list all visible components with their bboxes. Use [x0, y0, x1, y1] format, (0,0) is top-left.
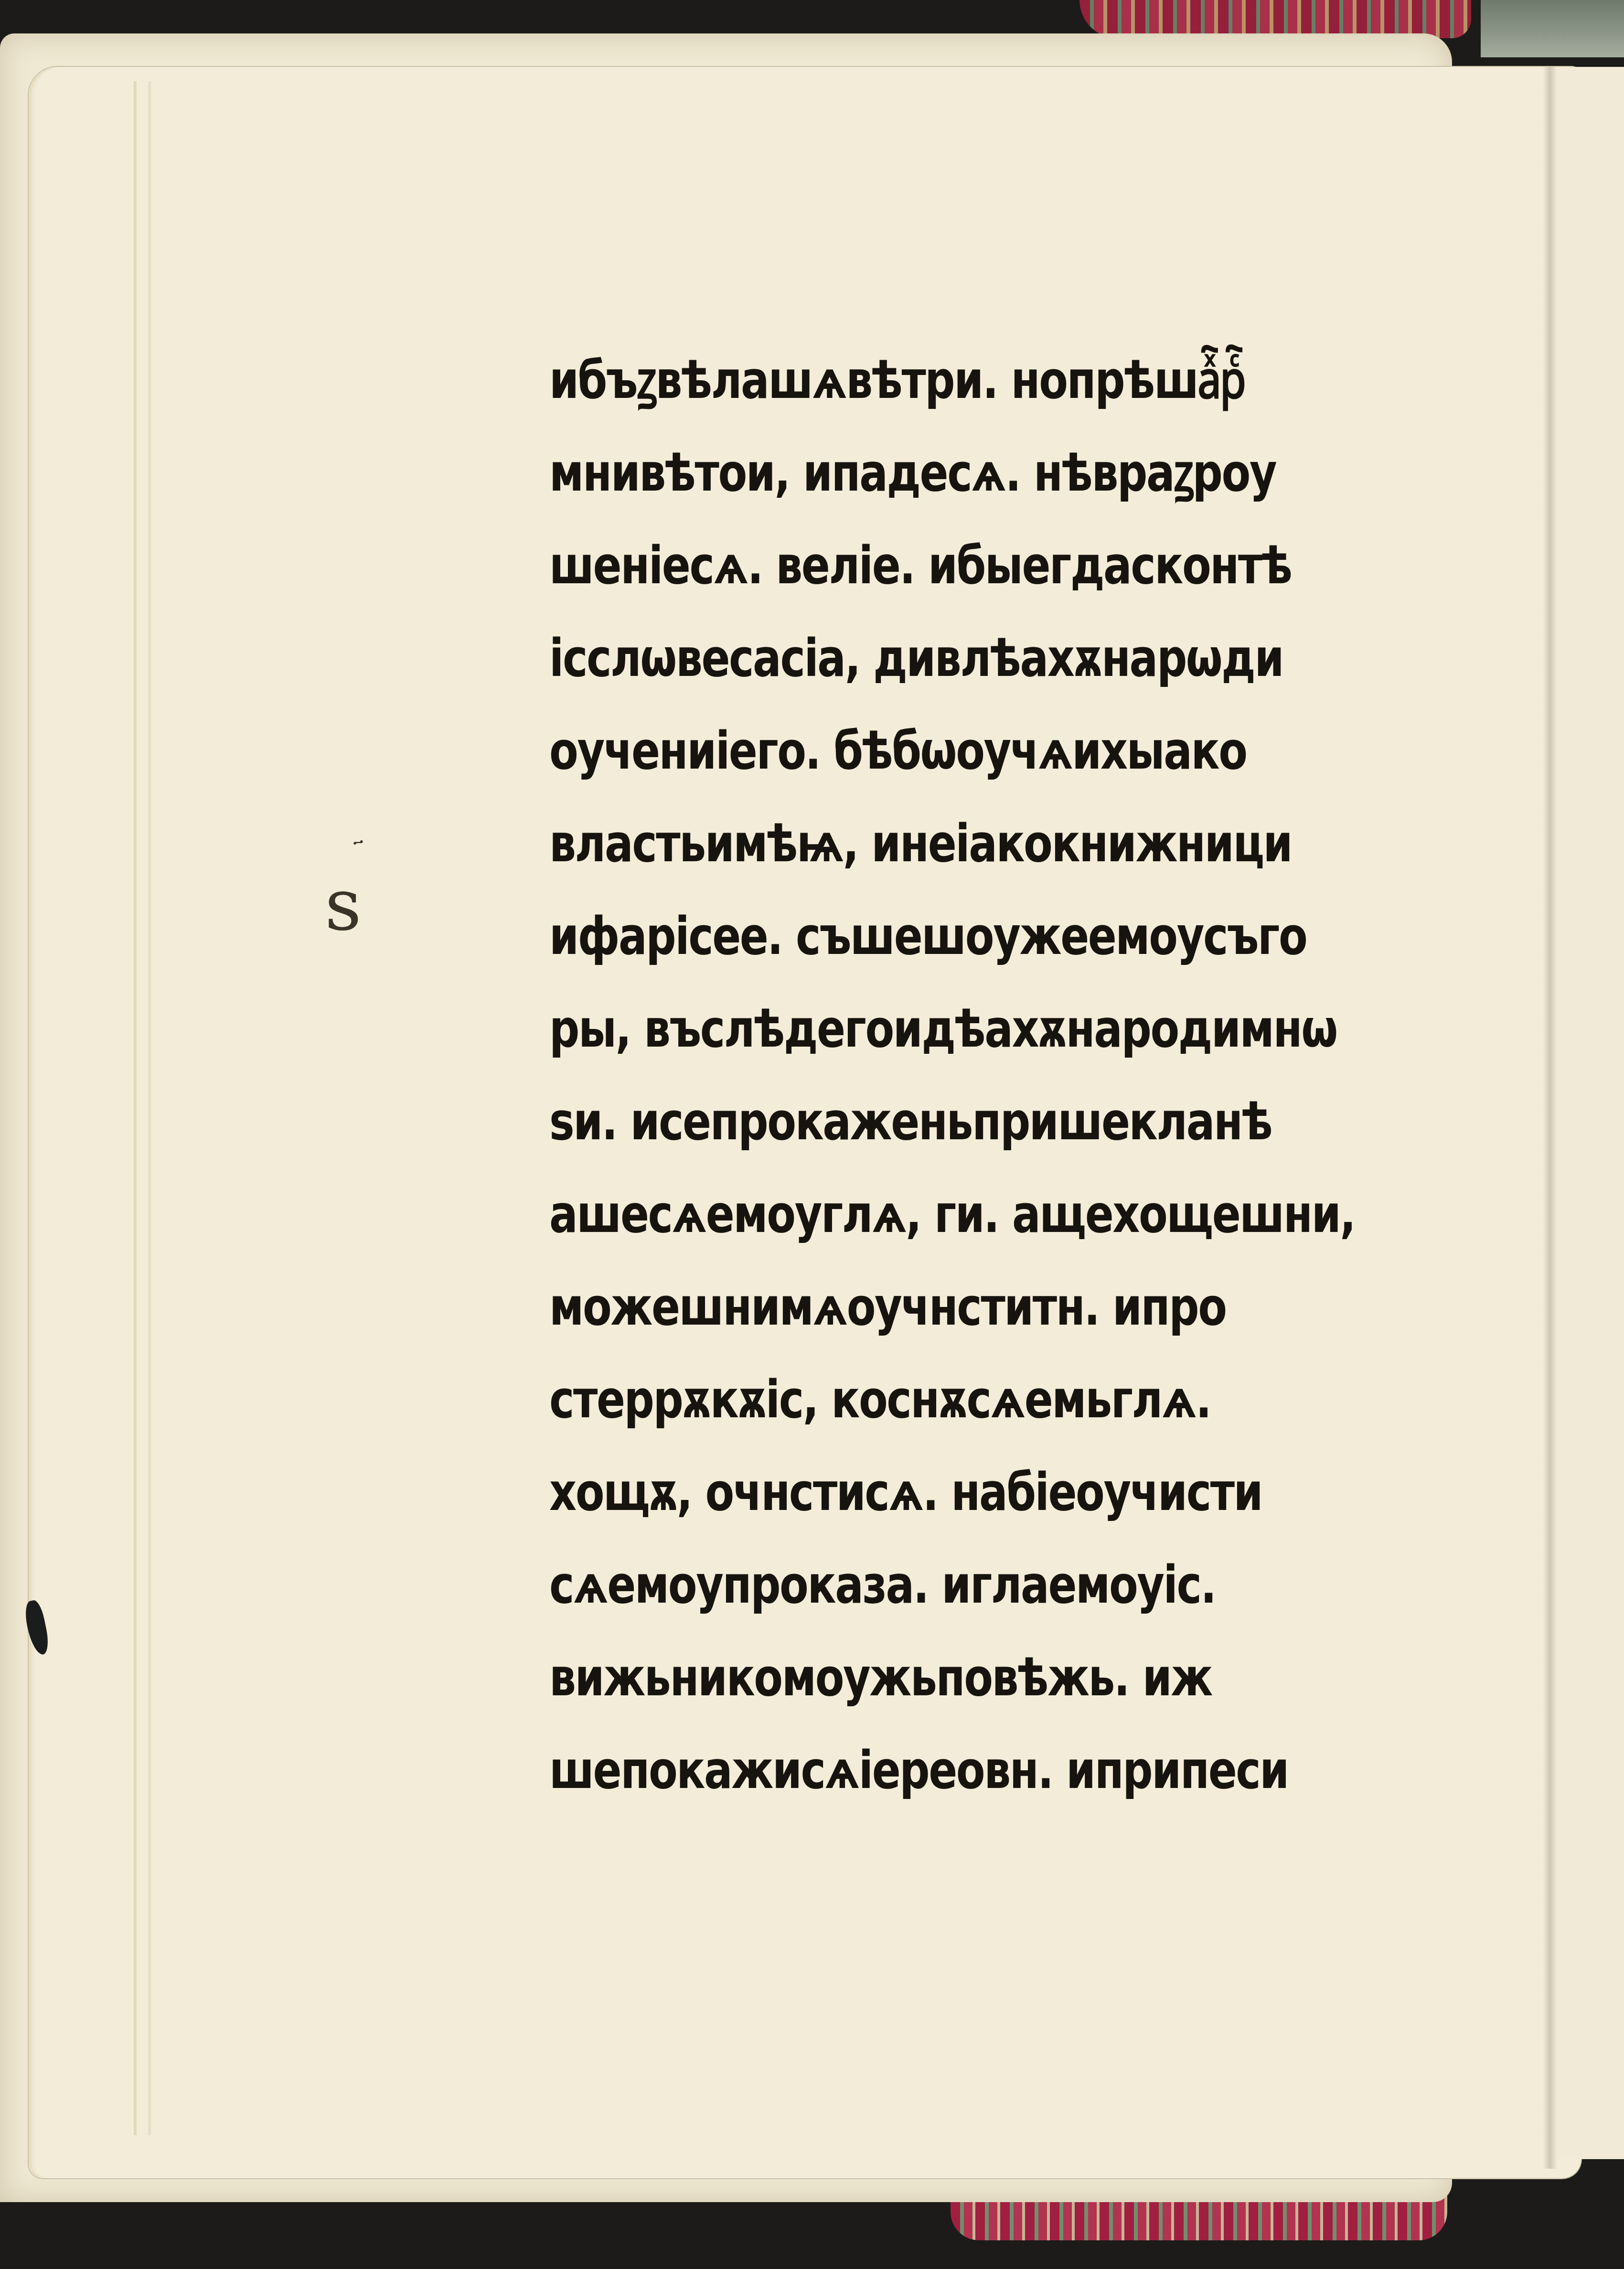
adjacent-page-edge: [1557, 67, 1624, 2159]
text-line: ры, въслѣдегоидѣахѫнародимнѡ: [549, 983, 1313, 1076]
text-line: вижьникомоужьповѣжь. иж: [549, 1632, 1313, 1724]
text-line: сѧемоупроказа. иглаемоуіс.: [549, 1539, 1313, 1632]
margin-numeral-glyph: ѕ: [325, 864, 362, 947]
page-fold-shadow: [1543, 67, 1557, 2169]
text-line: властьимѣѩ, инеіакокнижници: [549, 798, 1313, 890]
text-line: ифарісее. съшешоужеемоусъго: [549, 890, 1313, 983]
book-edge-top: [1481, 0, 1624, 57]
text-line: стеррѫкѫіс, коснѫсѧемьглѧ.: [549, 1354, 1313, 1446]
text-line: шепокажисѧіереовн. иприпеси: [549, 1724, 1313, 1817]
text-line: оучениіего. бѣбѡоучѧихыако: [549, 705, 1313, 798]
text-line: хощѫ, очнстисѧ. набіеоучисти: [549, 1446, 1313, 1539]
text-line: шеніесѧ. веліе. ибыегдасконтѣ: [549, 520, 1313, 612]
manuscript-text-block: ибъꙁвѣлашѧвѣтри. нопрѣшаⷯ҇рⷭ҇ мнивѣтои, …: [549, 334, 1481, 1817]
text-line: можешнимѧоучнститн. ипро: [549, 1261, 1313, 1354]
text-line: ашесѧемоуглѧ, ги. ащехощешни,: [549, 1168, 1313, 1261]
binding-textile-top: [1079, 0, 1471, 38]
text-line: ибъꙁвѣлашѧвѣтри. нопрѣшаⷯ҇рⷭ҇: [549, 334, 1313, 427]
text-line: мнивѣтои, ипадесѧ. нѣвраꙁроу: [549, 427, 1313, 520]
margin-numeral: ҃ ѕ: [325, 836, 396, 955]
text-line: ісслѡвесасіа, дивлѣахѫнарѡди: [549, 612, 1313, 705]
text-line: ѕи. исепрокаженьпришекланѣ: [549, 1076, 1313, 1168]
